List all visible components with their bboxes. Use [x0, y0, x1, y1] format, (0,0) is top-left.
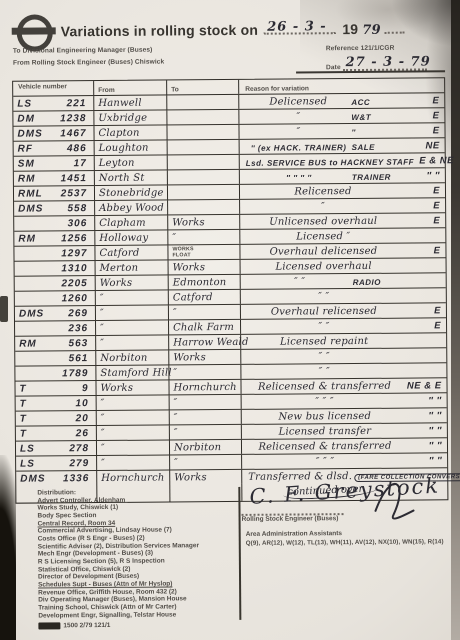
- vehicle-cell: LS221: [13, 96, 93, 111]
- vehicle-class: T: [20, 429, 27, 440]
- from-cell: Leyton: [94, 155, 167, 170]
- to-cell: ″: [169, 395, 241, 410]
- entitlement-flag: E: [400, 200, 442, 211]
- from-cell: Works: [95, 380, 168, 395]
- vehicle-number: 558: [67, 203, 87, 214]
- from-cell: ″: [95, 335, 168, 350]
- reason-text: Licensed ″: [246, 231, 400, 243]
- vehicle-class: T: [20, 399, 27, 410]
- vehicle-cell: RF486: [14, 141, 94, 156]
- vehicle-cell: T26: [16, 426, 96, 441]
- reason-text: ″: [245, 111, 351, 123]
- reason-cell: ″″E: [238, 123, 444, 139]
- from-value: ″: [101, 428, 105, 439]
- to-value: ″: [173, 307, 177, 318]
- from-value: ″: [101, 398, 105, 409]
- vehicle-cell: T20: [16, 411, 96, 426]
- from-cell: ″: [95, 320, 168, 335]
- from-cell: ″: [96, 425, 169, 440]
- entitlement-flag: E: [399, 125, 441, 136]
- from-value: ″: [100, 338, 104, 349]
- to-value: Works: [172, 217, 205, 228]
- entitlement-flag: E: [400, 215, 442, 226]
- from-value: Norbiton: [100, 353, 147, 364]
- entitlement-flag: E: [400, 185, 442, 196]
- entitlement-flag: ″ ″: [402, 455, 444, 466]
- from-cell: Loughton: [94, 140, 167, 155]
- reason-cell: ″ ″: [240, 288, 446, 304]
- date-fill-line-2: 27 - 3 - 79: [343, 54, 427, 71]
- year-print: 19: [342, 21, 358, 37]
- vehicle-number: 563: [68, 338, 88, 349]
- reason-cell: ″ ″ ″″ ″: [241, 453, 447, 469]
- trailing-dots: [385, 19, 405, 34]
- col-header-reason-label: Reason for variation: [245, 85, 309, 93]
- reason-text: ″: [246, 201, 400, 213]
- vehicle-number: 9: [82, 383, 89, 394]
- to-cell: ″: [168, 305, 240, 320]
- vehicle-cell: 306: [14, 216, 94, 231]
- to-cell: Harrow Weald: [168, 335, 240, 350]
- to-cell: Works: [167, 215, 239, 230]
- reason-cell: ″E: [239, 198, 445, 214]
- vehicle-cell: 1789: [15, 366, 95, 381]
- vehicle-number: 486: [67, 143, 87, 154]
- reason-cell: Licensed transfer″ ″: [241, 423, 447, 439]
- to-cell: Works: [168, 350, 240, 365]
- reason-cell: Lsd. SERVICE BUS to HACKNEY STAFFE & NE: [239, 153, 459, 169]
- vehicle-class: T: [20, 414, 27, 425]
- distribution-list: Distribution:Advert Controller, Aldenham…: [37, 488, 236, 620]
- vehicle-class: LS: [20, 459, 35, 470]
- from-cell: Uxbridge: [93, 110, 166, 125]
- entitlement-flag: E: [399, 110, 441, 121]
- reason-text: ″: [245, 126, 351, 138]
- variations-table: Vehicle number From To Reason for variat…: [12, 77, 448, 503]
- to-cell: [167, 200, 239, 215]
- vehicle-cell: RM563: [15, 336, 95, 351]
- vehicle-cell: 1297: [14, 246, 94, 261]
- col-header-vehicle: Vehicle number: [13, 81, 93, 96]
- sender-line: From Rolling Stock Engineer (Buses) Chis…: [13, 59, 164, 67]
- reason-cell: Licensed repaint: [240, 333, 446, 349]
- from-cell: ″: [95, 290, 168, 305]
- from-cell: Merton: [95, 260, 168, 275]
- vehicle-number: 236: [68, 323, 88, 334]
- entitlement-flag: ″ ″: [402, 395, 444, 406]
- vehicle-class: LS: [17, 99, 32, 110]
- reason-cell: New bus licensed″ ″: [241, 408, 447, 424]
- vehicle-number: 2205: [61, 278, 87, 289]
- vehicle-number: 561: [69, 353, 89, 364]
- handwritten-year: 79: [362, 23, 381, 38]
- reason-cell: Overhaul delicensedE: [239, 243, 445, 259]
- from-value: ″: [101, 443, 105, 454]
- from-value: Stonebridge: [99, 188, 164, 200]
- vehicle-cell: LS279: [16, 456, 96, 471]
- from-value: Stamford Hill: [100, 367, 171, 379]
- reason-note: W&T: [351, 113, 399, 122]
- to-cell: Edmonton: [168, 275, 240, 290]
- reason-text: ″ (ex HACK. TRAINER): [246, 143, 352, 153]
- vehicle-class: LS: [20, 444, 35, 455]
- from-cell: Works: [95, 275, 168, 290]
- handwritten-date: 26 - 3 -: [267, 19, 327, 34]
- to-value: ″: [174, 397, 178, 408]
- vehicle-class: T: [19, 384, 26, 395]
- reason-cell: Unlicensed overhaulE: [239, 213, 445, 229]
- addressee-line: To Divisional Engineering Manager (Buses…: [13, 47, 153, 55]
- from-value: Catford: [99, 248, 139, 259]
- vehicle-cell: T9: [15, 381, 95, 396]
- vehicle-number: 1256: [61, 233, 87, 244]
- from-value: ″: [100, 323, 104, 334]
- reason-text: Licensed transfer: [248, 426, 402, 438]
- from-cell: ″: [96, 440, 169, 455]
- roundel-bar: [12, 27, 56, 34]
- vehicle-number: 1297: [61, 248, 87, 259]
- from-cell: ″: [96, 395, 169, 410]
- to-cell: [167, 170, 239, 185]
- vehicle-class: RF: [18, 144, 33, 155]
- vehicle-cell: DMS558: [14, 201, 94, 216]
- reason-text: ″ ″ ″: [248, 396, 402, 408]
- from-cell: North St: [94, 170, 167, 185]
- signature-flourish: [371, 477, 417, 521]
- area-assistants-codes: Q(9), AR(12), W(12), TL(13), WH(11), AV(…: [246, 538, 444, 547]
- reason-cell: ″ ″ ″″ ″: [241, 393, 447, 409]
- to-value: Edmonton: [173, 277, 227, 288]
- vehicle-number: 26: [76, 428, 89, 439]
- entitlement-flag: ″ ″: [402, 410, 444, 421]
- reason-text: ″ ″ ″: [248, 456, 402, 468]
- vehicle-cell: 2205: [15, 276, 95, 291]
- from-value: Works: [100, 383, 133, 394]
- vehicle-number: 306: [68, 218, 88, 229]
- to-cell: ″: [169, 425, 241, 440]
- to-cell: Chalk Farm: [168, 320, 240, 335]
- from-value: Abbey Wood: [99, 203, 164, 215]
- vehicle-cell: 1310: [15, 261, 95, 276]
- footer-divider-line: [238, 487, 241, 620]
- to-value: Norbiton: [174, 442, 221, 453]
- col-header-reason: Reason for variation: [238, 78, 444, 94]
- print-code-smudge: [38, 622, 60, 629]
- to-value: Works: [173, 352, 206, 363]
- vehicle-cell: 1260: [15, 291, 95, 306]
- reason-cell: ″ (ex HACK. TRAINER)SALENE: [239, 138, 445, 154]
- reason-cell: ″ ″: [240, 348, 446, 364]
- date-fill-line: 26 - 3 -: [264, 19, 336, 35]
- reason-text: Licensed overhaul: [247, 261, 401, 273]
- vehicle-number: 269: [68, 308, 88, 319]
- vehicle-cell: LS278: [16, 441, 96, 456]
- reason-cell: RelicensedE: [239, 183, 445, 199]
- vehicle-cell: RML2537: [14, 186, 94, 201]
- reason-cell: ″ ″: [240, 363, 446, 379]
- to-cell: [167, 155, 239, 170]
- vehicle-class: SM: [18, 159, 35, 170]
- vehicle-number: 2537: [61, 188, 87, 199]
- to-value: Catford: [173, 292, 213, 303]
- vehicle-number: 10: [75, 398, 88, 409]
- reason-text: Unlicensed overhaul: [246, 216, 400, 228]
- from-value: Holloway: [99, 233, 148, 244]
- from-value: Leyton: [99, 158, 135, 169]
- vehicle-cell: DM1238: [13, 111, 93, 126]
- entitlement-flag: E: [401, 320, 443, 331]
- from-cell: Norbiton: [95, 350, 168, 365]
- reason-cell: ″W&TE: [238, 108, 444, 124]
- to-cell: ″: [169, 410, 241, 425]
- vehicle-class: RM: [19, 339, 37, 350]
- entitlement-flag: NE & E: [401, 380, 443, 391]
- rule-under-date: [296, 70, 445, 73]
- date-field: Date 27 - 3 - 79: [326, 54, 427, 71]
- vehicle-number: 17: [74, 158, 87, 169]
- reason-text: New bus licensed: [248, 411, 402, 423]
- to-cell: [167, 185, 239, 200]
- distribution-item: Development Engr, Signalling, Telstar Ho…: [38, 610, 236, 619]
- to-value: WORKS FLOAT: [172, 247, 198, 258]
- reason-text: Overhaul relicensed: [247, 306, 401, 318]
- entitlement-flag: E: [401, 305, 443, 316]
- vehicle-number: 278: [69, 443, 89, 454]
- reason-text: Relicensed & transferred: [247, 381, 401, 393]
- to-value: ″: [174, 427, 178, 438]
- entitlement-flag: ″ ″: [400, 170, 442, 181]
- from-value: Works: [100, 278, 133, 289]
- entitlement-flag: ″ ″: [402, 440, 444, 451]
- vehicle-cell: 236: [15, 321, 95, 336]
- area-assistants-title: Area Administration Assistants: [246, 530, 342, 538]
- document-content: Variations in rolling stock on 26 - 3 - …: [0, 0, 460, 640]
- to-value: ″: [174, 412, 178, 423]
- to-cell: Works: [169, 470, 241, 485]
- print-code: 1500 2/79 121/1: [63, 622, 110, 629]
- from-value: ″: [101, 458, 105, 469]
- reason-cell: Relicensed & transferred″ ″: [241, 438, 447, 454]
- vehicle-cell: RM1256: [14, 231, 94, 246]
- to-cell: Norbiton: [169, 440, 241, 455]
- from-cell: ″: [95, 305, 168, 320]
- scanned-form-page: Variations in rolling stock on 26 - 3 - …: [0, 0, 460, 640]
- reason-cell: Licensed ″: [239, 228, 445, 244]
- vehicle-class: RM: [18, 174, 36, 185]
- to-cell: Catford: [168, 290, 240, 305]
- to-value: Works: [173, 262, 206, 273]
- vehicle-number: 1789: [62, 368, 88, 379]
- from-cell: Clapham: [94, 215, 167, 230]
- vehicle-class: DMS: [19, 308, 44, 319]
- reason-note: ″: [351, 128, 399, 137]
- vehicle-cell: T10: [16, 396, 96, 411]
- from-value: ″: [100, 293, 104, 304]
- to-value: Harrow Weald: [173, 337, 248, 349]
- reason-cell: ″ ″E: [240, 318, 446, 334]
- to-cell: [166, 110, 238, 125]
- vehicle-number: 279: [69, 458, 89, 469]
- from-value: Loughton: [99, 143, 149, 154]
- vehicle-number: 1310: [61, 263, 87, 274]
- from-value: Clapton: [98, 128, 139, 139]
- vehicle-cell: DMS269: [15, 306, 95, 321]
- from-cell: Abbey Wood: [94, 200, 167, 215]
- reason-note: SALE: [352, 143, 400, 152]
- reason-text: ″ ″: [247, 351, 401, 363]
- from-value: ″: [101, 413, 105, 424]
- reason-text: Relicensed: [246, 186, 400, 198]
- from-cell: Hanwell: [93, 95, 166, 110]
- from-cell: Clapton: [93, 125, 166, 140]
- reason-cell: DelicensedACCE: [238, 93, 444, 109]
- reason-cell: ″ ″ ″ ″TRAINER″ ″: [239, 168, 445, 184]
- to-value: Hornchurch: [173, 382, 236, 393]
- to-cell: [167, 140, 239, 155]
- from-cell: Holloway: [94, 230, 167, 245]
- reason-text: ″ ″: [247, 366, 401, 378]
- vehicle-class: DMS: [18, 203, 43, 214]
- reason-text: ″ ″: [247, 291, 401, 303]
- from-value: North St: [99, 173, 145, 184]
- reason-note: ACC: [351, 98, 399, 107]
- to-cell: Hornchurch: [168, 380, 240, 395]
- reason-cell: ″ ″RADIO: [240, 273, 446, 289]
- from-cell: Hornchurch: [96, 470, 169, 485]
- print-code-line: 1500 2/79 121/1: [38, 622, 110, 630]
- from-cell: Stamford Hill: [95, 365, 168, 380]
- vehicle-cell: 561: [15, 351, 95, 366]
- signatory-role: Rolling Stock Engineer (Buses): [242, 515, 339, 523]
- to-value: Works: [174, 472, 207, 483]
- from-value: ″: [100, 308, 104, 319]
- to-value: ″: [174, 457, 178, 468]
- reason-text: Lsd. SERVICE BUS to HACKNEY STAFF: [246, 158, 414, 168]
- col-header-from: From: [93, 80, 166, 95]
- from-value: Hornchurch: [101, 473, 164, 484]
- vehicle-number: 1260: [62, 293, 88, 304]
- vehicle-class: DMS: [17, 128, 42, 139]
- london-transport-roundel-icon: [15, 14, 49, 45]
- reason-text: Relicensed & transferred: [248, 441, 402, 453]
- reason-text: ″ ″: [247, 321, 401, 333]
- from-value: Merton: [100, 263, 139, 274]
- entitlement-flag: E: [399, 95, 441, 106]
- vehicle-class: DM: [17, 114, 35, 125]
- to-cell: ″: [167, 230, 239, 245]
- page-title: Variations in rolling stock on: [61, 22, 258, 40]
- reason-cell: Relicensed & transferredNE & E: [240, 378, 446, 394]
- from-value: Hanwell: [98, 98, 141, 109]
- to-cell: Works: [168, 260, 240, 275]
- entitlement-flag: E: [400, 245, 442, 256]
- to-cell: [166, 95, 238, 110]
- from-cell: ″: [96, 410, 169, 425]
- reason-note: RADIO: [353, 278, 401, 287]
- vehicle-number: 221: [67, 98, 87, 109]
- entitlement-flag: NE: [400, 140, 442, 151]
- handwritten-date-value: 27 - 3 - 79: [346, 54, 431, 70]
- vehicle-cell: DMS1467: [13, 126, 93, 141]
- vehicle-cell: SM17: [14, 156, 94, 171]
- table-body: LS221HanwellDelicensedACCEDM1238Uxbridge…: [13, 93, 447, 485]
- to-cell: [166, 125, 238, 140]
- col-header-to: To: [166, 80, 238, 95]
- from-cell: Catford: [94, 245, 167, 260]
- reason-cell: Overhaul relicensedE: [240, 303, 446, 319]
- vehicle-class: DMS: [20, 473, 45, 484]
- from-value: Clapham: [99, 218, 146, 229]
- entitlement-flag: ″ ″: [402, 425, 444, 436]
- reason-text: Overhaul delicensed: [246, 246, 400, 258]
- vehicle-number: 1467: [60, 128, 86, 139]
- vehicle-number: 1336: [63, 473, 89, 484]
- vehicle-class: RML: [18, 188, 43, 199]
- reason-cell: Licensed overhaul: [240, 258, 446, 274]
- vehicle-number: 1238: [60, 113, 86, 124]
- entitlement-flag: E & NE: [414, 155, 456, 166]
- reference-number: Reference 121/1/CGR: [326, 45, 395, 53]
- to-cell: WORKS FLOAT: [167, 245, 239, 260]
- from-cell: Stonebridge: [94, 185, 167, 200]
- reason-text: Delicensed: [245, 96, 351, 108]
- to-value: Chalk Farm: [173, 322, 234, 333]
- vehicle-class: RM: [18, 234, 36, 245]
- reason-text: ″ ″: [247, 276, 353, 288]
- vehicle-number: 1451: [61, 173, 87, 184]
- reason-note: TRAINER: [352, 173, 400, 182]
- form-title-line: Variations in rolling stock on 26 - 3 - …: [61, 19, 405, 41]
- from-value: Uxbridge: [98, 113, 147, 124]
- reason-text: Licensed repaint: [247, 336, 401, 348]
- vehicle-cell: RM1451: [14, 171, 94, 186]
- from-cell: ″: [96, 455, 169, 470]
- to-value: ″: [173, 367, 177, 378]
- vehicle-number: 20: [76, 413, 89, 424]
- to-cell: ″: [168, 365, 240, 380]
- to-cell: ″: [169, 455, 241, 470]
- to-value: ″: [172, 232, 176, 243]
- reason-text: ″ ″ ″ ″: [246, 173, 352, 183]
- vehicle-cell: DMS1336: [16, 471, 96, 486]
